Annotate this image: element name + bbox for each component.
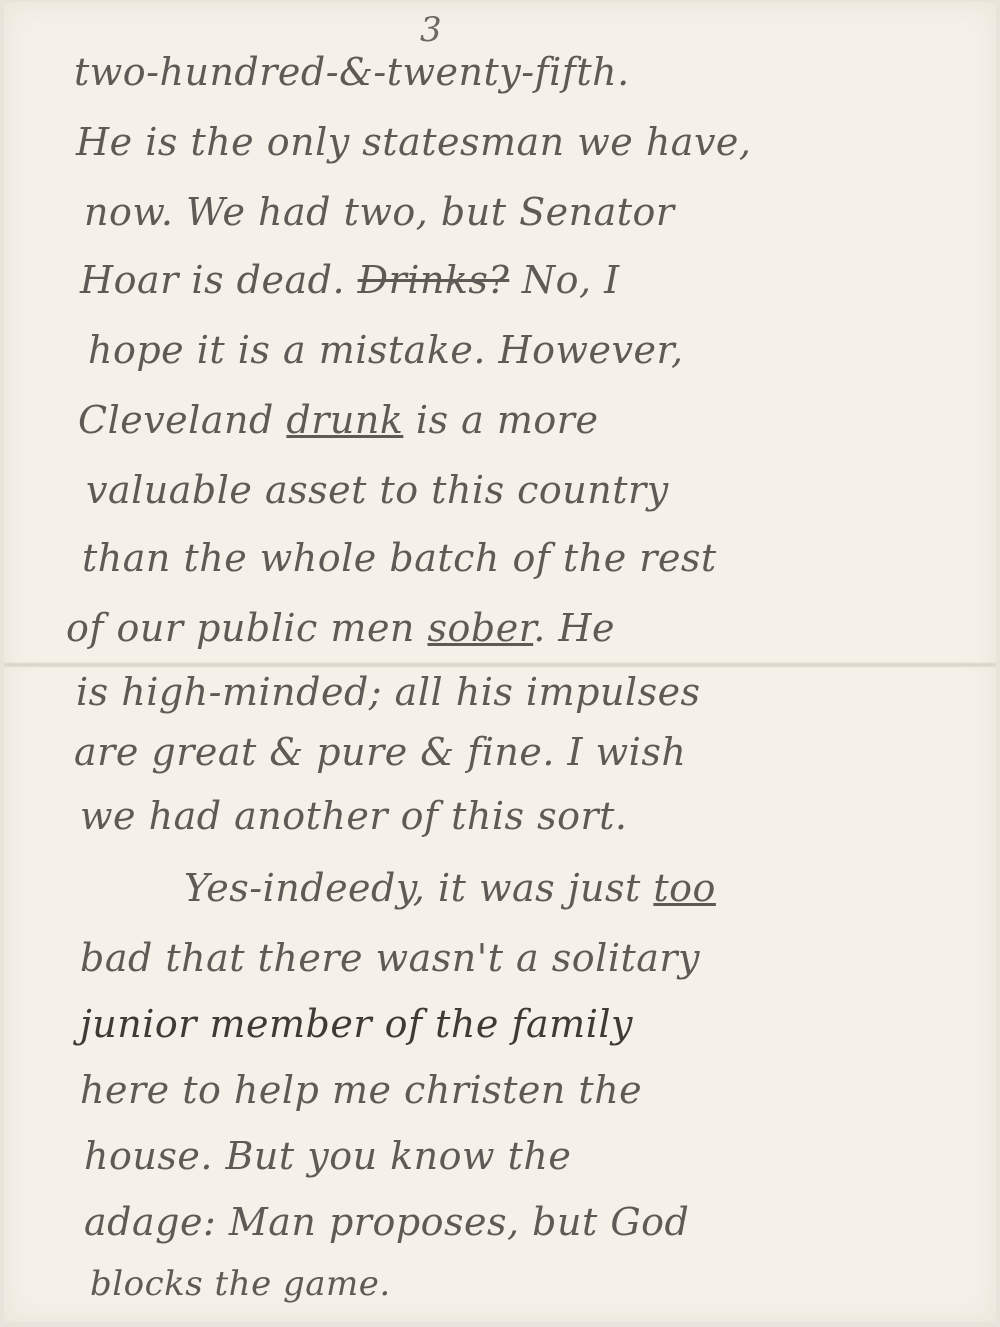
line-4-tail: No, I xyxy=(509,258,619,302)
letter-line-4: Hoar is dead. Drinks? No, I xyxy=(80,258,620,302)
letter-line-8: than the whole batch of the rest xyxy=(82,536,717,580)
line-13-start: Yes-indeedy, it was just xyxy=(184,866,641,910)
underlined-word-too: too xyxy=(653,866,716,910)
letter-line-16: here to help me christen the xyxy=(80,1068,642,1112)
page-number: 3 xyxy=(420,10,442,50)
letter-line-11: are great & pure & fine. I wish xyxy=(74,730,686,774)
letter-page: 3 two-hundred-&-twenty-fifth. He is the … xyxy=(4,2,996,1322)
letter-line-7: valuable asset to this country xyxy=(86,468,669,512)
letter-line-6: Cleveland drunk is a more xyxy=(78,398,598,442)
letter-line-1: two-hundred-&-twenty-fifth. xyxy=(74,50,630,94)
line-6-tail: is a more xyxy=(403,398,598,442)
letter-line-15: junior member of the family xyxy=(80,1002,633,1046)
line-6-start: Cleveland xyxy=(78,398,274,442)
letter-line-5: hope it is a mistake. However, xyxy=(88,328,684,372)
letter-line-12: we had another of this sort. xyxy=(80,794,628,838)
letter-line-9: of our public men sober. He xyxy=(66,606,615,650)
struck-word-drinks: Drinks? xyxy=(358,258,510,302)
line-9-start: of our public men xyxy=(66,606,415,650)
paper-fold-crease xyxy=(4,662,996,668)
letter-line-17: house. But you know the xyxy=(84,1134,571,1178)
letter-line-18: adage: Man proposes, but God xyxy=(84,1200,689,1244)
letter-line-13: Yes-indeedy, it was just too xyxy=(184,866,716,910)
letter-line-10: is high-minded; all his impulses xyxy=(76,670,701,714)
underlined-word-drunk: drunk xyxy=(286,398,403,442)
line-4-start: Hoar is dead. xyxy=(80,258,345,302)
line-9-tail: . He xyxy=(533,606,615,650)
letter-line-19: blocks the game. xyxy=(90,1264,391,1304)
letter-line-3: now. We had two, but Senator xyxy=(84,190,675,234)
letter-line-2: He is the only statesman we have, xyxy=(76,120,752,164)
underlined-word-sober: sober xyxy=(428,606,534,650)
letter-line-14: bad that there wasn't a solitary xyxy=(80,936,700,980)
